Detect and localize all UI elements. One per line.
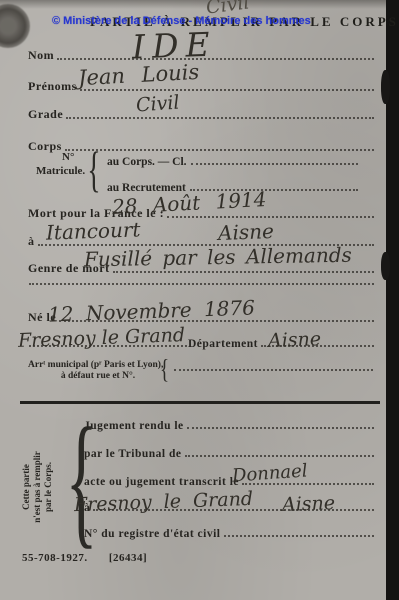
handwritten-grade: Civil xyxy=(135,92,180,117)
handwritten-departement-naissance: Aisne xyxy=(268,328,322,352)
dotted-line xyxy=(185,454,374,457)
dotted-line xyxy=(187,426,374,429)
field-transcription: acte ou jugement transcrit le xyxy=(84,476,375,488)
copyright-watermark: © Ministère de la Défense - Mémoire des … xyxy=(52,15,311,27)
print-code: 55-708-1927. xyxy=(22,552,88,564)
handwritten-departement-transcription: Aisne xyxy=(282,492,336,516)
registre-label: N° du registre d'état civil xyxy=(84,528,223,540)
dotted-line xyxy=(191,162,358,165)
brace-icon: { xyxy=(87,144,100,194)
nom-label: Nom xyxy=(28,48,56,63)
scan-artifact xyxy=(381,252,390,280)
field-corps: Corps xyxy=(28,139,375,154)
handwritten-lieu-deces: Itancourt xyxy=(46,217,141,244)
scan-artifact xyxy=(381,70,390,104)
field-genre-mort-line2 xyxy=(28,282,375,288)
lieu-label: à xyxy=(28,234,37,249)
side-note-line2: n'est pas à remplir xyxy=(32,421,43,553)
postmark-stamp xyxy=(0,4,30,48)
arrondissement-label-line1: Arrᵗ municipal (pʳ Paris et Lyon), xyxy=(28,360,168,371)
death-record-card: PARTIE À REMPLIR PAR LE CORPS. © Ministè… xyxy=(0,0,399,600)
jugement-label: Jugement rendu le xyxy=(84,420,186,432)
tribunal-label: par le Tribunal de xyxy=(84,448,184,460)
scan-edge-shadow xyxy=(0,0,399,9)
field-jugement-rendu: Jugement rendu le xyxy=(84,420,375,432)
dotted-line xyxy=(113,270,374,273)
brace-icon: { xyxy=(160,356,169,383)
arrondissement-label-line2: à défaut rue et N°. xyxy=(28,371,168,382)
field-matricule-corps: au Corps. — Cl. xyxy=(102,156,359,168)
grade-label: Grade xyxy=(28,107,65,122)
prenoms-label: Prénoms xyxy=(28,79,79,94)
side-note-vertical: Cette partie n'est pas à remplir par le … xyxy=(21,421,59,553)
departement-label: Département xyxy=(188,338,260,350)
print-reference: 55-708-1927. [26434] xyxy=(22,552,147,564)
transcription-label: acte ou jugement transcrit le xyxy=(84,476,241,488)
arrondissement-label: Arrᵗ municipal (pʳ Paris et Lyon), à déf… xyxy=(28,360,168,382)
reference-number: [26434] xyxy=(109,552,147,564)
corps-label: Corps xyxy=(28,139,64,154)
dotted-line xyxy=(167,215,374,218)
matricule-label: Matricule. xyxy=(36,165,85,177)
handwritten-lieu-departement: Aisne xyxy=(218,219,275,245)
dotted-line xyxy=(80,88,374,91)
dotted-line xyxy=(66,116,374,119)
field-grade: Grade xyxy=(28,107,375,122)
matricule-label-no: N° xyxy=(62,151,74,163)
field-tribunal: par le Tribunal de xyxy=(84,448,375,460)
side-note-line3: par le Corps. xyxy=(43,421,54,553)
dotted-line xyxy=(174,358,373,371)
dotted-line xyxy=(65,148,374,151)
field-registre-etat-civil: N° du registre d'état civil xyxy=(84,528,375,540)
side-note-line1: Cette partie xyxy=(21,421,32,553)
matricule-corps-label: au Corps. — Cl. xyxy=(104,156,190,168)
handwritten-genre-mort: Fusillé par les Allemands xyxy=(84,243,352,272)
dotted-line xyxy=(29,282,374,285)
dotted-line xyxy=(224,534,375,537)
